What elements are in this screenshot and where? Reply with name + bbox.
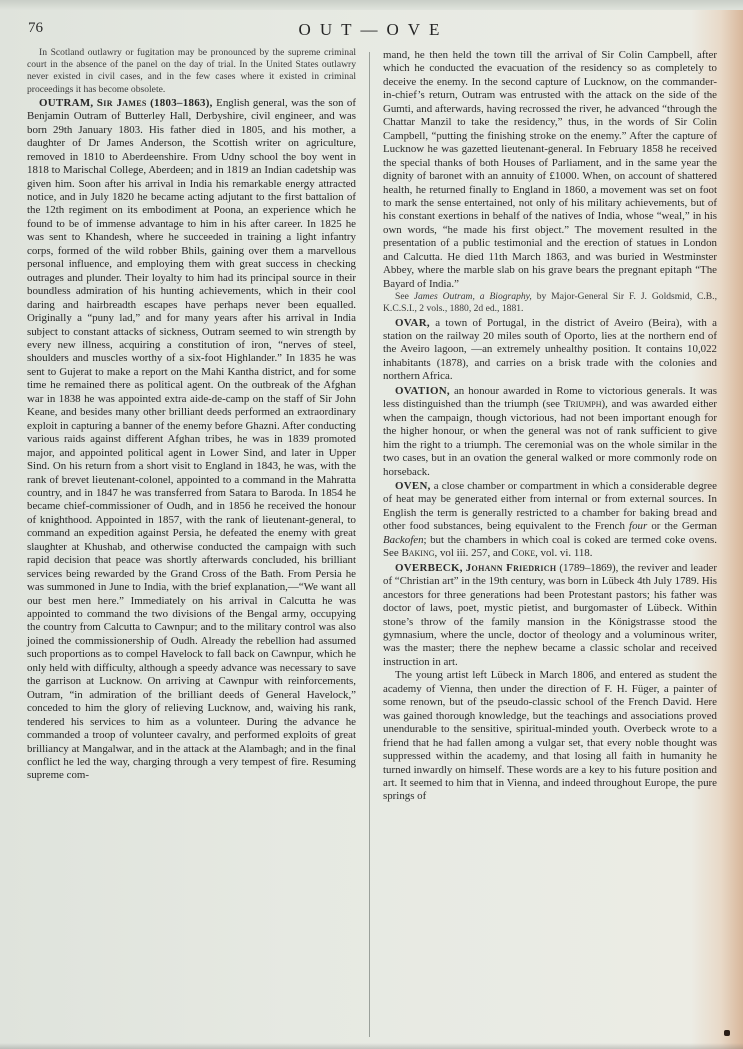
overbeck-dates: (1789–1869), [559, 562, 618, 574]
oven-body-d: , vol. vi. 118. [535, 547, 592, 559]
oven-body-c: , vol iii. 257, and [435, 547, 509, 559]
oven-mid: or the German [651, 520, 717, 532]
headword-ovation: OVATION, [395, 385, 450, 397]
reference-work-title: James Outram, a Biography, [414, 291, 532, 302]
headword-oven: OVEN, [395, 480, 431, 492]
outram-continuation: mand, he then held the town till the arr… [383, 49, 717, 291]
right-column: mand, he then held the town till the arr… [383, 49, 717, 804]
entry-overbeck: OVERBECK, Johann Friedrich (1789–1869), … [383, 562, 717, 670]
overbeck-body: the reviver and leader of “Christian art… [383, 562, 717, 668]
column-divider [369, 52, 370, 1037]
outlawry-scotland-paragraph: In Scotland outlawry or fugitation may b… [27, 47, 356, 96]
scanned-page: 76 OUT—OVE In Scotland outlawry or fugit… [0, 0, 743, 1049]
reference-see: See [395, 291, 409, 302]
oven-four: four [629, 520, 647, 532]
entry-ovar: OVAR, a town of Portugal, in the distric… [383, 317, 717, 384]
page-corner-mark [724, 1030, 730, 1036]
xref-baking: Baking [401, 547, 434, 559]
headword-outram: OUTRAM, [39, 97, 93, 109]
left-column: In Scotland outlawry or fugitation may b… [27, 47, 356, 783]
entry-outram: OUTRAM, Sir James (1803–1863), English g… [27, 97, 356, 783]
xref-coke: Coke [511, 547, 535, 559]
page-top-edge [0, 0, 743, 10]
outram-title: Sir James [97, 97, 147, 109]
outram-dates: (1803–1863), [150, 97, 213, 109]
oven-backofen: Backofen [383, 534, 424, 546]
outram-body: English general, was the son of Benjamin… [27, 97, 356, 782]
ovar-body: a town of Portugal, in the district of A… [383, 317, 717, 383]
headword-ovar: OVAR, [395, 317, 430, 329]
page-header: 76 OUT—OVE [28, 20, 719, 44]
entry-ovation: OVATION, an honour awarded in Rome to vi… [383, 385, 717, 479]
overbeck-paragraph-2: The young artist left Lübeck in March 18… [383, 669, 717, 804]
page-bottom-shadow [0, 1043, 743, 1049]
overbeck-name: Johann Friedrich [466, 562, 557, 574]
running-head: OUT—OVE [28, 20, 719, 40]
outram-reference: See James Outram, a Biography, by Major-… [383, 291, 717, 315]
entry-oven: OVEN, a close chamber or compartment in … [383, 480, 717, 561]
headword-overbeck: OVERBECK, [395, 562, 463, 574]
xref-triumph: Triumph [564, 398, 602, 410]
